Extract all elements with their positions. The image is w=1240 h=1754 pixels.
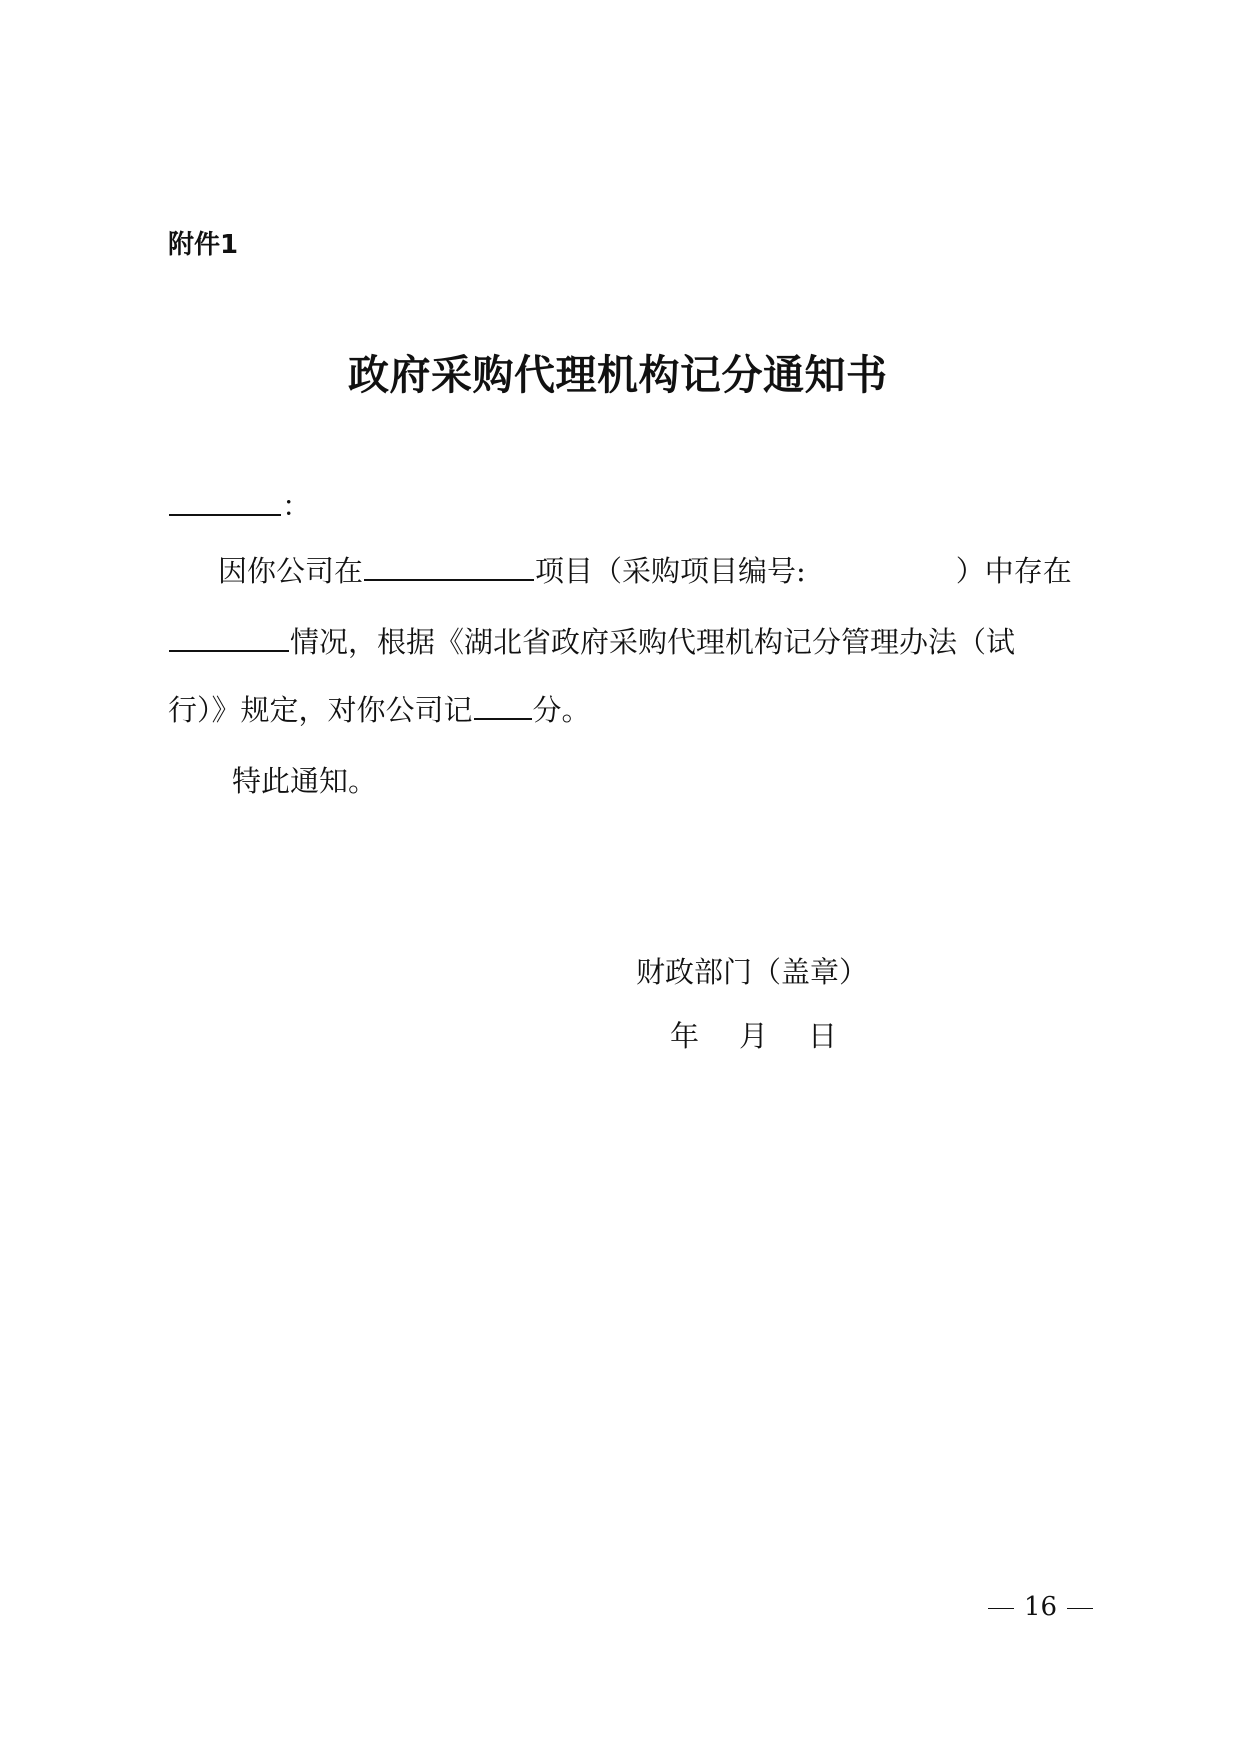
date-month: 月: [739, 1019, 768, 1053]
paragraph-text: 行）》规定，对你公司记: [168, 693, 473, 727]
date-year: 年: [670, 1019, 699, 1053]
paragraph-text: ）中存在: [956, 554, 1072, 588]
paragraph-text: 项目（采购项目编号:: [535, 554, 806, 588]
salutation-colon: ：: [282, 489, 311, 523]
paragraph-line-1: 因你公司在项目（采购项目编号:）中存在: [218, 553, 1072, 589]
paragraph-line-3: 行）》规定，对你公司记分。: [168, 692, 591, 728]
page-number: 16: [978, 1592, 1103, 1622]
recipient-blank[interactable]: [169, 488, 281, 516]
salutation: ：: [168, 488, 311, 524]
project-name-blank[interactable]: [364, 553, 534, 581]
situation-blank[interactable]: [169, 624, 289, 652]
dash-left-icon: [988, 1608, 1014, 1609]
attachment-label: 附件1: [168, 224, 238, 261]
dash-right-icon: [1067, 1608, 1093, 1609]
paragraph-line-2: 情况，根据《湖北省政府采购代理机构记分管理办法（试: [168, 624, 1015, 660]
paragraph-text: 因你公司在: [218, 554, 363, 588]
closing-text: 特此通知。: [232, 763, 377, 799]
score-blank[interactable]: [474, 692, 532, 720]
document-title: 政府采购代理机构记分通知书: [348, 342, 896, 401]
signature-line: 财政部门（盖章）: [636, 954, 868, 990]
date-line: 年月日: [670, 1018, 837, 1054]
page-number-value: 16: [1024, 1592, 1057, 1622]
paragraph-text: 分。: [533, 693, 591, 727]
date-day: 日: [808, 1019, 837, 1053]
paragraph-text: 情况，根据《湖北省政府采购代理机构记分管理办法（试: [290, 625, 1015, 659]
